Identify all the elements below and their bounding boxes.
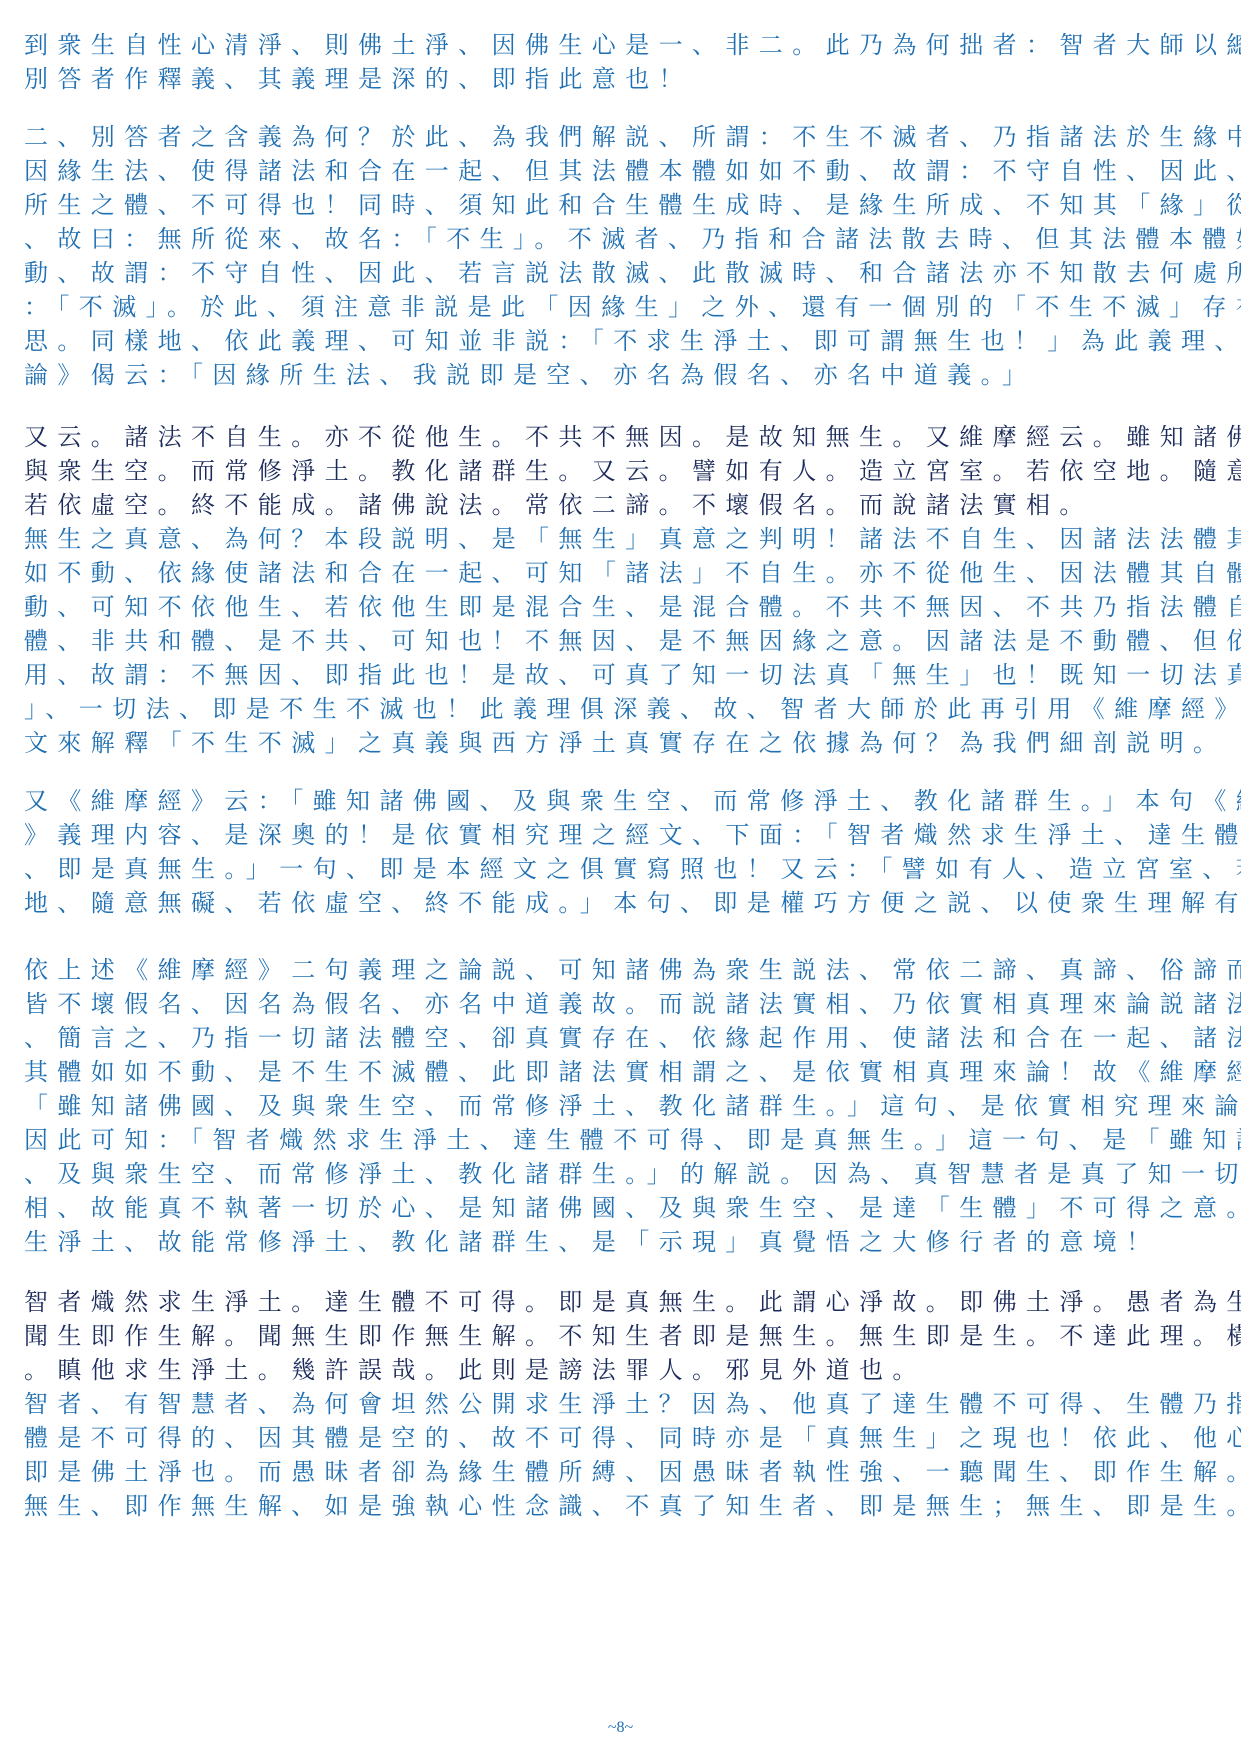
text-line: 無生之真意、為何？本段説明、是「無生」真意之判明！諸法不自生、因諸法法體其自體如 [24,522,1241,556]
text-line: 智者熾然求生淨土。達生體不可得。即是真無生。此謂心淨故。即佛土淨。愚者為生所縛。 [24,1285,1241,1319]
text-line: 二、別答者之含義為何？於此、為我們解説、所謂：不生不滅者、乃指諸法於生緣中、就是 [24,120,1241,154]
text-line: 智者、有智慧者、為何會坦然公開求生淨土？因為、他真了達生體不可得、生體乃指緣生之 [24,1387,1241,1421]
text-line: 如不動、依緣使諸法和合在一起、可知「諸法」不自生。亦不從他生、因法體其自體如如不 [24,556,1241,590]
text-line: 、簡言之、乃指一切諸法體空、卻真實存在、依緣起作用、使諸法和合在一起、諸法生、但 [24,1021,1241,1055]
text-line: ：「不滅」。於此、須注意非説是此「因緣生」之外、還有一個別的「不生不滅」存在的意 [24,290,1241,324]
text-line: 別答者作釋義、其義理是深的、即指此意也！ [24,62,692,96]
text-line: 與衆生空。而常修淨土。教化諸群生。又云。譬如有人。造立宮室。若依空地。隨意無礙。 [24,454,1241,488]
text-line: 思。同樣地、依此義理、可知並非説：「不求生淨土、即可謂無生也！」為此義理、故《中 [24,324,1241,358]
text-line: 其體如如不動、是不生不滅體、此即諸法實相謂之、是依實相真理來論！故《維摩經》云： [24,1055,1241,1089]
text-line: 無生、即作無生解、如是強執心性念識、不真了知生者、即是無生；無生、即是生。因真不 [24,1489,1241,1523]
text-line: 即是佛土淨也。而愚昧者卻為緣生體所縛、因愚昧者執性強、一聽聞生、即作生解。一聽聞 [24,1455,1241,1489]
text-line: 體是不可得的、因其體是空的、故不可得、同時亦是「真無生」之現也！依此、他心清淨、 [24,1421,1241,1455]
text-line: 動、故謂：不守自性、因此、若言説法散滅、此散滅時、和合諸法亦不知散去何處所、故言 [24,256,1241,290]
text-line: 依上述《維摩經》二句義理之論説、可知諸佛為衆生説法、常依二諦、真諦、俗諦而説、但 [24,953,1241,987]
text-line: 文來解釋「不生不滅」之真義與西方淨土真實存在之依據為何？為我們細剖説明。 [24,726,1226,760]
text-line: 「雖知諸佛國、及與衆生空、而常修淨土、教化諸群生。」這句、是依實相究理來論説的、 [24,1089,1241,1123]
text-line: 又《維摩經》云：「雖知諸佛國、及與衆生空、而常修淨土、教化諸群生。」本句《維摩經 [24,784,1241,818]
text-line: 因緣生法、使得諸法和合在一起、但其法體本體如如不動、故謂：不守自性、因此、若求其 [24,154,1241,188]
text-line: 生淨土、故能常修淨土、教化諸群生、是「示現」真覺悟之大修行者的意境！ [24,1225,1160,1259]
text-line: 用、故謂：不無因、即指此也！是故、可真了知一切法真「無生」也！既知一切法真「無生 [24,658,1241,692]
text-line: 、及與衆生空、而常修淨土、教化諸群生。」的解説。因為、真智慧者是真了知一切法之實 [24,1157,1241,1191]
text-line: 又云。諸法不自生。亦不從他生。不共不無因。是故知無生。又維摩經云。雖知諸佛國。及 [24,420,1241,454]
text-line: 皆不壞假名、因名為假名、亦名中道義故。而説諸法實相、乃依實相真理來論説諸法之意、 [24,987,1241,1021]
page-number: ~8~ [0,1719,1241,1737]
text-line: 、即是真無生。」一句、即是本經文之俱實寫照也！又云：「譬如有人、造立宮室、若依空 [24,852,1241,886]
text-line: 體、非共和體、是不共、可知也！不無因、是不無因緣之意。因諸法是不動體、但依緣起作 [24,624,1241,658]
text-line: 」、一切法、即是不生不滅也！此義理俱深義、故、智者大師於此再引用《維摩經》二段經 [24,692,1241,726]
text-line: 相、故能真不執著一切於心、是知諸佛國、及與衆生空、是達「生體」不可得之意。熾然求 [24,1191,1241,1225]
text-line: 因此可知：「智者熾然求生淨土、達生體不可得、即是真無生。」這一句、是「雖知諸佛國 [24,1123,1241,1157]
text-line: 論》偈云：「因緣所生法、我説即是空、亦名為假名、亦名中道義。」 [24,358,1035,392]
text-line: 、故曰：無所從來、故名：「不生」。不滅者、乃指和合諸法散去時、但其法體本體如如不 [24,222,1241,256]
text-line: 到衆生自性心清淨、則佛土淨、因佛生心是一、非二。此乃為何拙者：智者大師以總答者、 [24,28,1241,62]
text-line: 》義理内容、是深奧的！是依實相究理之經文、下面：「智者熾然求生淨土、達生體不可得 [24,818,1241,852]
text-line: 聞生即作生解。聞無生即作無生解。不知生者即是無生。無生即是生。不達此理。橫相是非 [24,1319,1241,1353]
text-line: 若依虛空。終不能成。諸佛說法。常依二諦。不壞假名。而說諸法實相。 [24,488,1093,522]
text-line: 動、可知不依他生、若依他生即是混合生、是混合體。不共不無因、不共乃指法體自體是單 [24,590,1241,624]
text-line: 所生之體、不可得也！同時、須知此和合生體生成時、是緣生所成、不知其「緣」從何而來 [24,188,1241,222]
text-line: 地、隨意無礙、若依虛空、終不能成。」本句、即是權巧方便之説、以使衆生理解有依也！ [24,886,1241,920]
text-line: 。瞋他求生淨土。幾許誤哉。此則是謗法罪人。邪見外道也。 [24,1353,926,1387]
